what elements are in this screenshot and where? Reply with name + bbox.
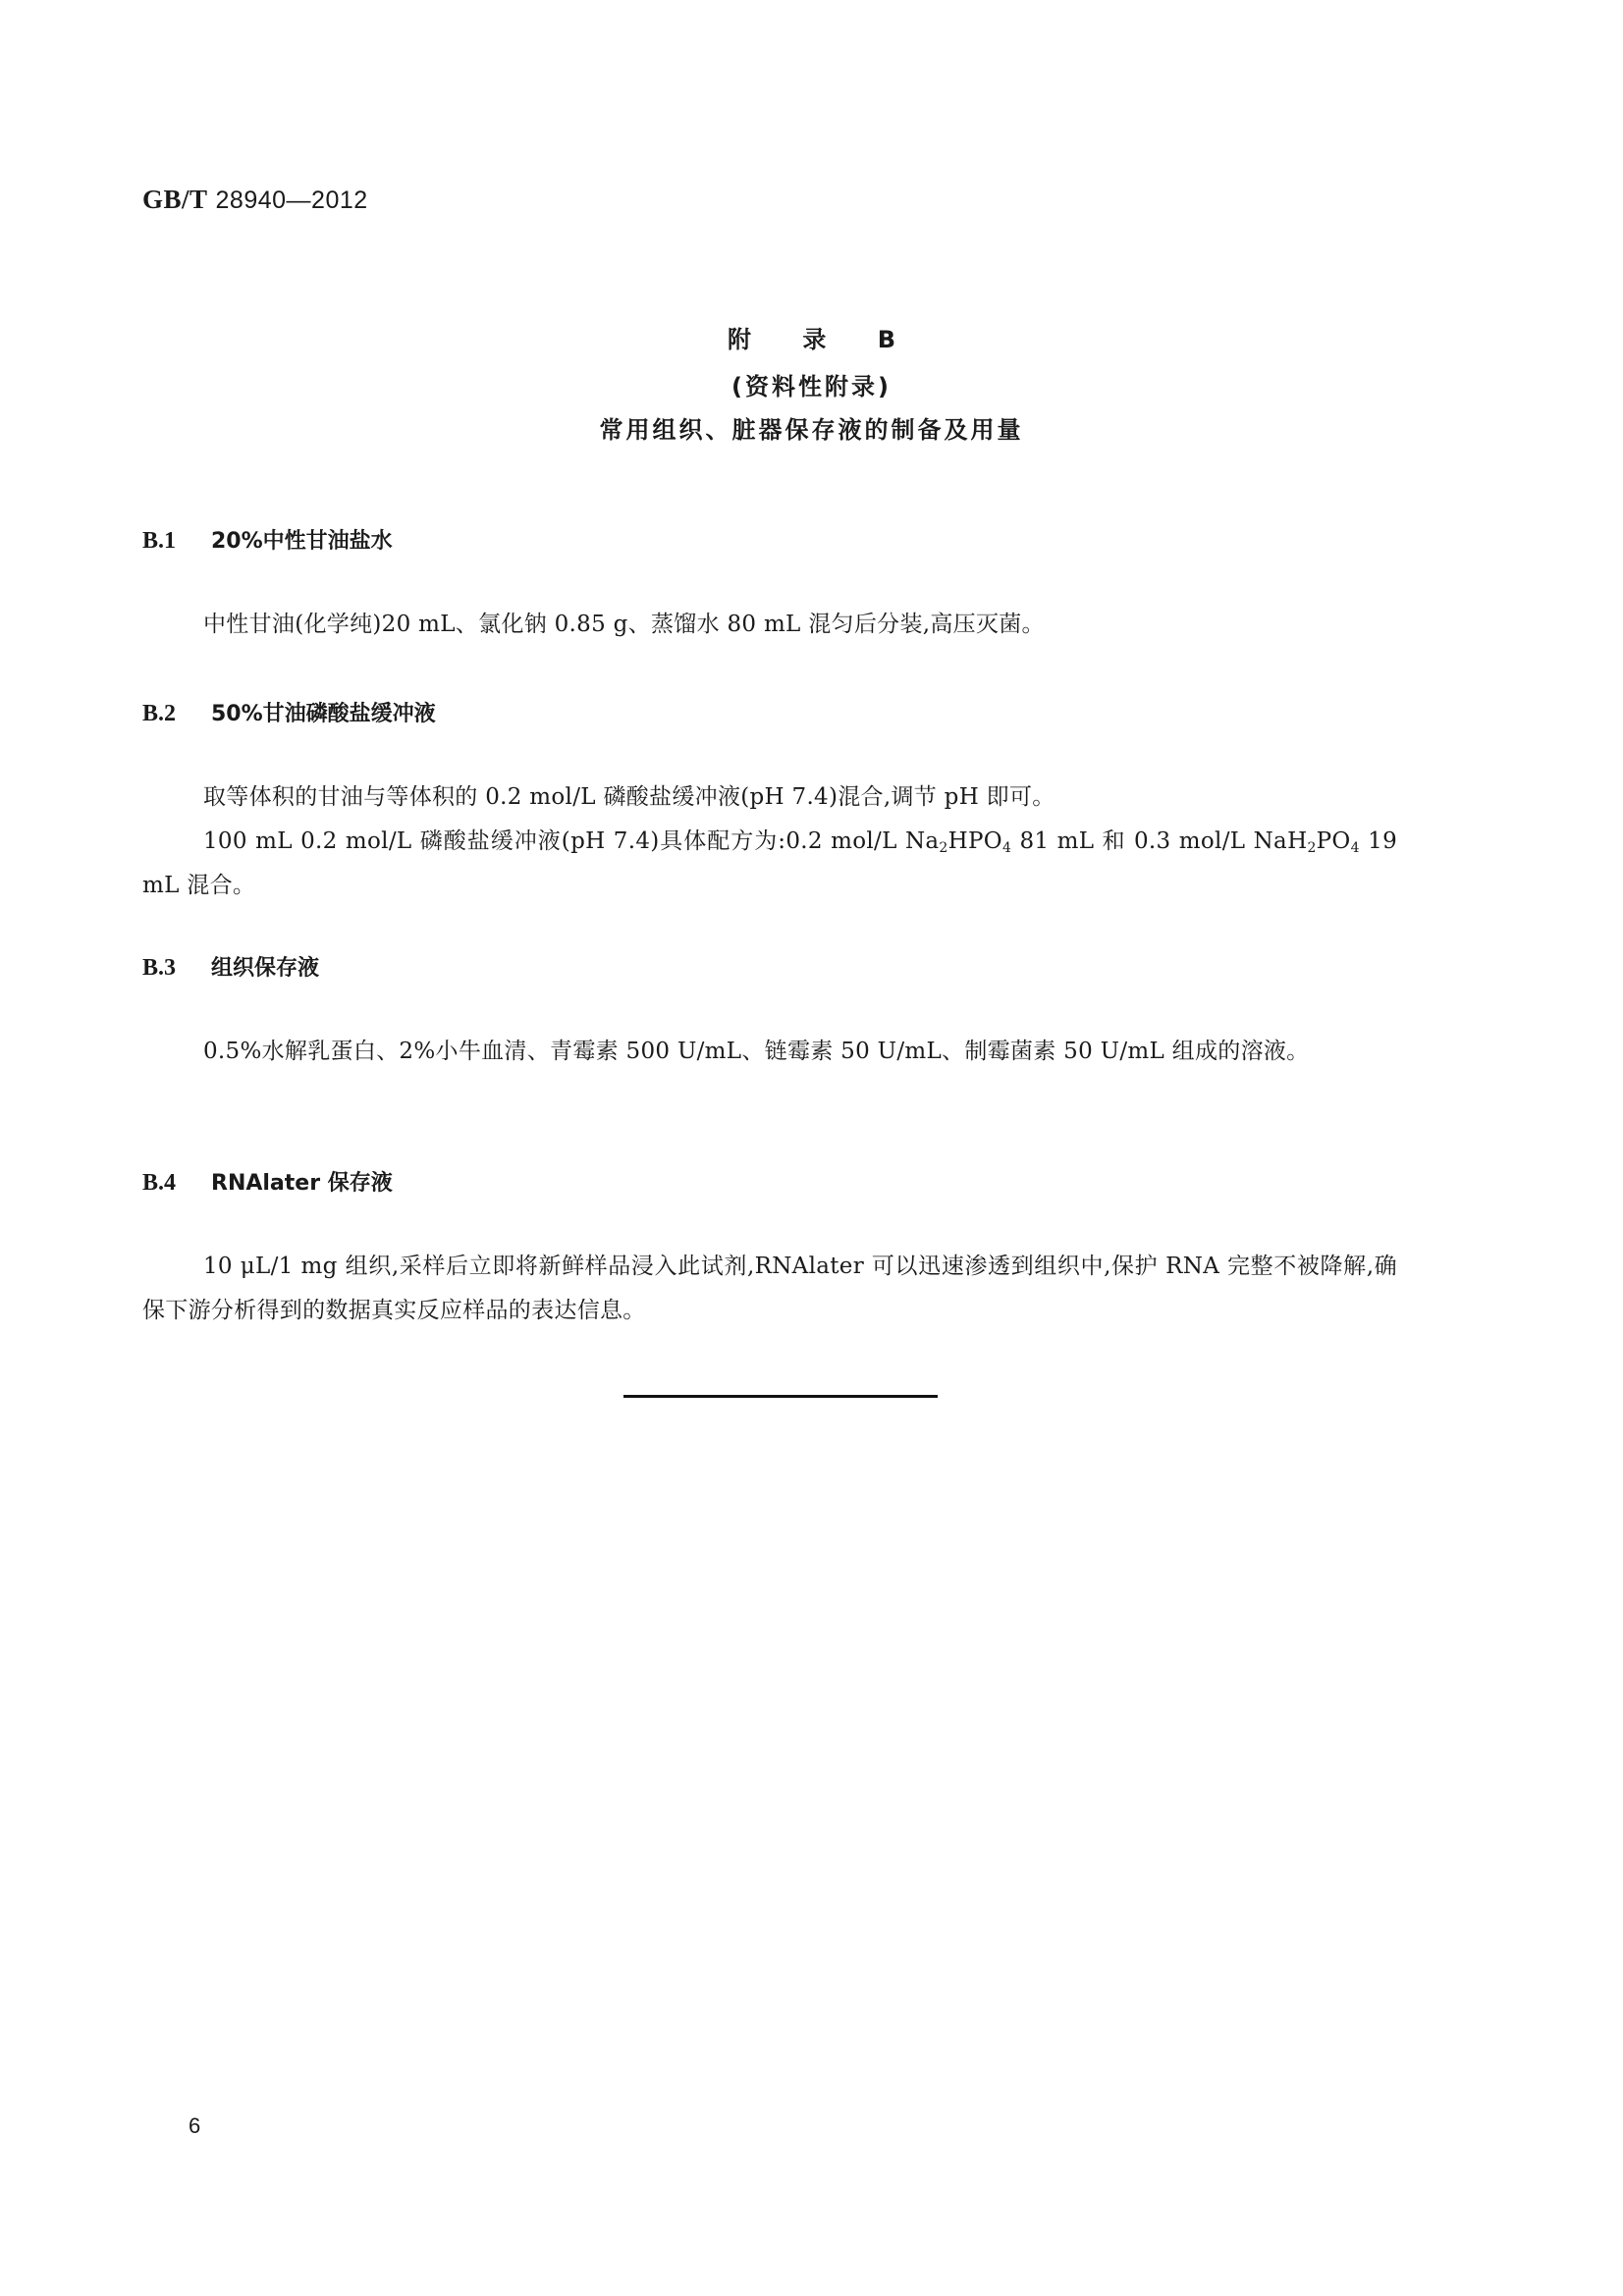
paragraph: 取等体积的甘油与等体积的 0.2 mol/L 磷酸盐缓冲液(pH 7.4)混合,… <box>142 775 1397 820</box>
text-run: HPO <box>948 828 1002 854</box>
section-heading: B.250%甘油磷酸盐缓冲液 <box>142 697 1397 730</box>
paragraph: 中性甘油(化学纯)20 mL、氯化钠 0.85 g、蒸馏水 80 mL 混匀后分… <box>142 603 1397 647</box>
end-rule-divider <box>623 1395 938 1398</box>
text-run: PO <box>1317 828 1351 854</box>
section-title: 20%中性甘油盐水 <box>211 529 393 554</box>
section-number: B.3 <box>142 951 211 985</box>
section-title: 组织保存液 <box>211 956 319 981</box>
section-heading: B.3组织保存液 <box>142 951 1397 985</box>
section-b2: B.250%甘油磷酸盐缓冲液 取等体积的甘油与等体积的 0.2 mol/L 磷酸… <box>142 697 1397 908</box>
section-title: 50%甘油磷酸盐缓冲液 <box>211 702 436 726</box>
section-number: B.2 <box>142 697 211 730</box>
section-number: B.4 <box>142 1166 211 1200</box>
appendix-title-block: 附 录 B (资料性附录) 常用组织、脏器保存液的制备及用量 <box>0 322 1623 448</box>
section-b1: B.120%中性甘油盐水 中性甘油(化学纯)20 mL、氯化钠 0.85 g、蒸… <box>142 524 1397 647</box>
appendix-type: (资料性附录) <box>0 369 1623 404</box>
paragraph: 10 μL/1 mg 组织,采样后立即将新鲜样品浸入此试剂,RNAlater 可… <box>142 1245 1397 1333</box>
subscript: 2 <box>939 840 947 856</box>
section-b3: B.3组织保存液 0.5%水解乳蛋白、2%小牛血清、青霉素 500 U/mL、链… <box>142 951 1397 1074</box>
standard-number: 28940—2012 <box>216 187 368 214</box>
subscript: 4 <box>1002 840 1011 856</box>
page-number: 6 <box>189 2113 200 2139</box>
paragraph-formula: 100 mL 0.2 mol/L 磷酸盐缓冲液(pH 7.4)具体配方为:0.2… <box>142 820 1397 908</box>
subscript: 2 <box>1307 840 1316 856</box>
paragraph: 0.5%水解乳蛋白、2%小牛血清、青霉素 500 U/mL、链霉素 50 U/m… <box>142 1030 1397 1074</box>
subscript: 4 <box>1351 840 1360 856</box>
appendix-label: 附 录 B <box>0 322 1623 357</box>
appendix-title: 常用组织、脏器保存液的制备及用量 <box>0 412 1623 448</box>
text-run: 81 mL 和 0.3 mol/L NaH <box>1011 828 1307 854</box>
standard-prefix: GB/T <box>142 185 208 214</box>
text-run: 100 mL 0.2 mol/L 磷酸盐缓冲液(pH 7.4)具体配方为:0.2… <box>203 828 939 854</box>
standard-code-header: GB/T28940—2012 <box>142 185 368 215</box>
section-heading: B.4RNAlater 保存液 <box>142 1166 1397 1200</box>
section-heading: B.120%中性甘油盐水 <box>142 524 1397 558</box>
section-number: B.1 <box>142 524 211 558</box>
section-b4: B.4RNAlater 保存液 10 μL/1 mg 组织,采样后立即将新鲜样品… <box>142 1166 1397 1333</box>
section-title: RNAlater 保存液 <box>211 1171 393 1196</box>
